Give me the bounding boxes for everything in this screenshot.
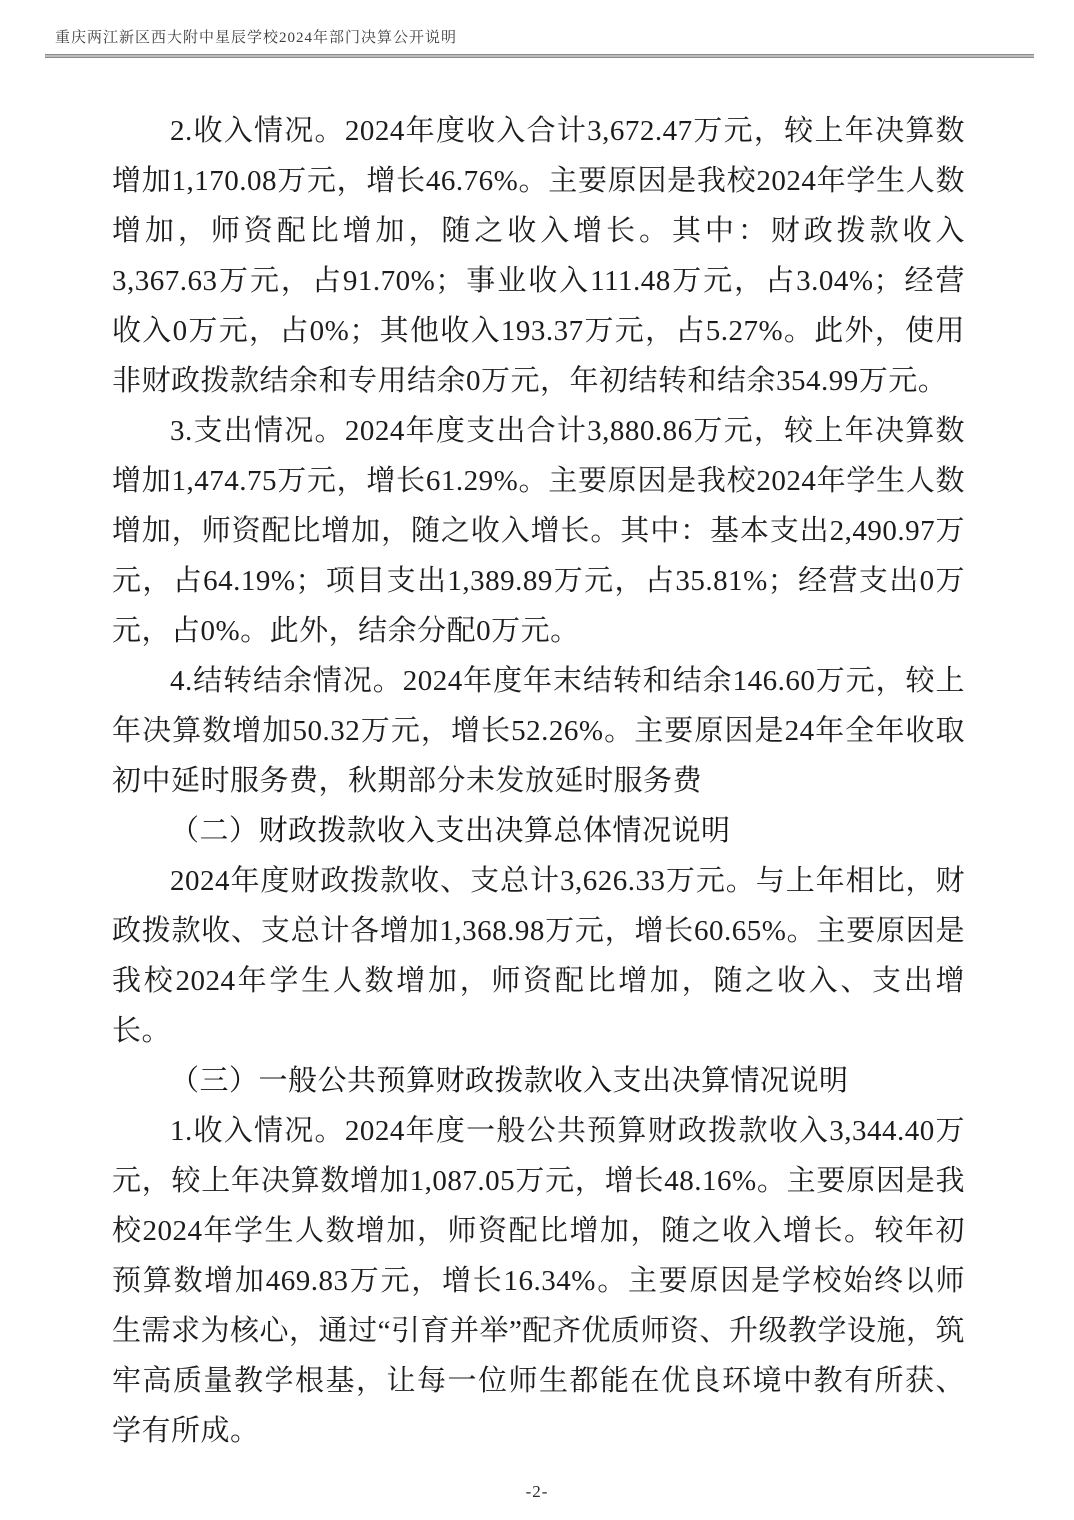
header-title: 重庆两江新区西大附中星辰学校2024年部门决算公开说明	[45, 26, 1034, 47]
page-footer: -2-	[0, 1482, 1074, 1502]
paragraph-carryover-balance: 4.结转结余情况。2024年度年末结转和结余146.60万元，较上年决算数增加5…	[112, 656, 965, 806]
document-body: 2.收入情况。2024年度收入合计3,672.47万元，较上年决算数增加1,17…	[112, 106, 965, 1456]
page-header: 重庆两江新区西大附中星辰学校2024年部门决算公开说明	[45, 26, 1034, 58]
paragraph-expenditure-situation: 3.支出情况。2024年度支出合计3,880.86万元，较上年决算数增加1,47…	[112, 406, 965, 656]
document-page: 重庆两江新区西大附中星辰学校2024年部门决算公开说明 2.收入情况。2024年…	[0, 0, 1074, 1520]
page-number: -2-	[526, 1482, 549, 1501]
section-heading-fiscal-appropriation: （二）财政拨款收入支出决算总体情况说明	[112, 806, 965, 856]
paragraph-general-budget-income: 1.收入情况。2024年度一般公共预算财政拨款收入3,344.40万元，较上年决…	[112, 1106, 965, 1456]
section-heading-general-public-budget: （三）一般公共预算财政拨款收入支出决算情况说明	[112, 1056, 965, 1106]
paragraph-fiscal-appropriation-total: 2024年度财政拨款收、支总计3,626.33万元。与上年相比，财政拨款收、支总…	[112, 856, 965, 1056]
paragraph-income-situation: 2.收入情况。2024年度收入合计3,672.47万元，较上年决算数增加1,17…	[112, 106, 965, 406]
header-rule	[45, 54, 1034, 58]
